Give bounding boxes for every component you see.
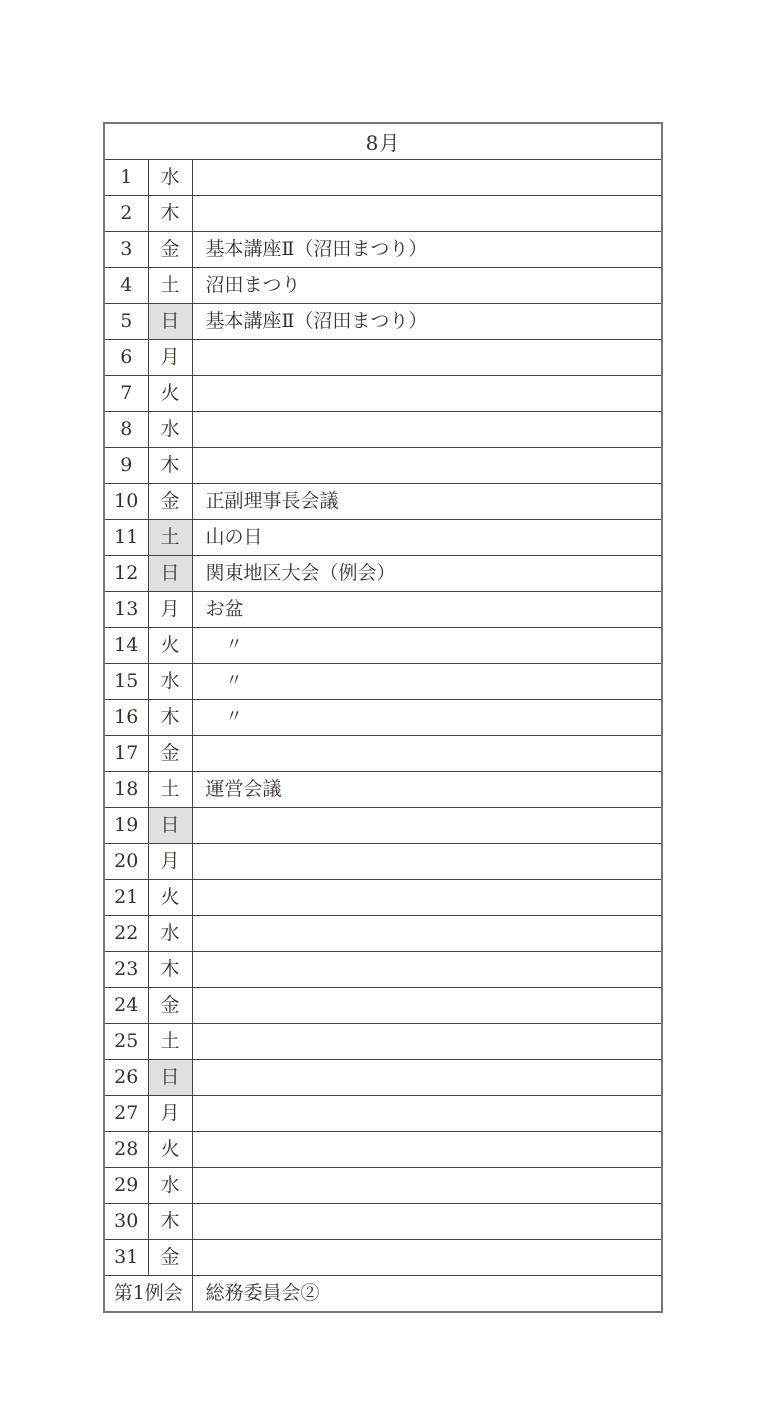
day-number: 2 (104, 196, 148, 232)
day-of-week: 月 (148, 844, 192, 880)
calendar-day-row: 15 水 〃 (104, 664, 662, 700)
day-of-week: 土 (148, 772, 192, 808)
day-event (192, 448, 662, 484)
day-number: 12 (104, 556, 148, 592)
day-event (192, 880, 662, 916)
calendar-day-row: 9 木 (104, 448, 662, 484)
day-event: お盆 (192, 592, 662, 628)
day-of-week: 木 (148, 700, 192, 736)
regular-meeting-label: 第1例会 (104, 1276, 192, 1313)
day-of-week: 木 (148, 196, 192, 232)
day-of-week: 金 (148, 484, 192, 520)
day-of-week: 水 (148, 664, 192, 700)
day-of-week: 日 (148, 556, 192, 592)
calendar-day-row: 29 水 (104, 1168, 662, 1204)
calendar-day-row: 16 木 〃 (104, 700, 662, 736)
day-of-week: 水 (148, 160, 192, 196)
calendar-table: 8月 1 水 2 木 3 金 基本講座Ⅱ（沼田まつり） 4 土 沼田まつり 5 … (103, 122, 663, 1313)
day-of-week: 日 (148, 1060, 192, 1096)
day-of-week: 金 (148, 1240, 192, 1276)
day-of-week: 土 (148, 268, 192, 304)
day-of-week: 水 (148, 1168, 192, 1204)
day-event (192, 1204, 662, 1240)
day-number: 9 (104, 448, 148, 484)
day-of-week: 日 (148, 808, 192, 844)
day-event (192, 160, 662, 196)
day-event (192, 412, 662, 448)
calendar-day-row: 11 土 山の日 (104, 520, 662, 556)
day-event (192, 376, 662, 412)
day-of-week: 月 (148, 1096, 192, 1132)
calendar-day-row: 5 日 基本講座Ⅱ（沼田まつり） (104, 304, 662, 340)
calendar-day-row: 4 土 沼田まつり (104, 268, 662, 304)
calendar-day-row: 27 月 (104, 1096, 662, 1132)
day-number: 14 (104, 628, 148, 664)
day-of-week: 水 (148, 412, 192, 448)
day-number: 20 (104, 844, 148, 880)
calendar-day-row: 7 火 (104, 376, 662, 412)
day-of-week: 火 (148, 880, 192, 916)
day-event (192, 1096, 662, 1132)
calendar-day-row: 19 日 (104, 808, 662, 844)
calendar-day-row: 23 木 (104, 952, 662, 988)
calendar-day-row: 31 金 (104, 1240, 662, 1276)
day-of-week: 木 (148, 952, 192, 988)
day-event (192, 988, 662, 1024)
day-number: 7 (104, 376, 148, 412)
day-event: 沼田まつり (192, 268, 662, 304)
calendar-day-row: 10 金 正副理事長会議 (104, 484, 662, 520)
day-event (192, 340, 662, 376)
day-event: 基本講座Ⅱ（沼田まつり） (192, 232, 662, 268)
day-of-week: 土 (148, 520, 192, 556)
day-number: 4 (104, 268, 148, 304)
calendar-day-row: 14 火 〃 (104, 628, 662, 664)
calendar-day-row: 17 金 (104, 736, 662, 772)
day-of-week: 火 (148, 628, 192, 664)
day-number: 3 (104, 232, 148, 268)
day-number: 5 (104, 304, 148, 340)
day-of-week: 水 (148, 916, 192, 952)
day-number: 26 (104, 1060, 148, 1096)
day-of-week: 金 (148, 988, 192, 1024)
calendar-day-row: 22 水 (104, 916, 662, 952)
calendar-day-row: 6 月 (104, 340, 662, 376)
day-number: 30 (104, 1204, 148, 1240)
footer-row: 第1例会 総務委員会② (104, 1276, 662, 1313)
month-header-row: 8月 (104, 123, 662, 160)
day-number: 23 (104, 952, 148, 988)
day-event (192, 1060, 662, 1096)
day-number: 1 (104, 160, 148, 196)
calendar-day-row: 30 木 (104, 1204, 662, 1240)
day-event: 〃 (192, 628, 662, 664)
day-of-week: 木 (148, 1204, 192, 1240)
day-of-week: 木 (148, 448, 192, 484)
day-number: 15 (104, 664, 148, 700)
day-event (192, 844, 662, 880)
day-event (192, 1024, 662, 1060)
day-number: 25 (104, 1024, 148, 1060)
day-of-week: 月 (148, 592, 192, 628)
day-number: 28 (104, 1132, 148, 1168)
calendar-day-row: 1 水 (104, 160, 662, 196)
day-of-week: 金 (148, 736, 192, 772)
day-event (192, 808, 662, 844)
day-number: 8 (104, 412, 148, 448)
calendar-day-row: 8 水 (104, 412, 662, 448)
day-event: 〃 (192, 700, 662, 736)
day-event (192, 736, 662, 772)
day-of-week: 金 (148, 232, 192, 268)
day-of-week: 月 (148, 340, 192, 376)
calendar-day-row: 12 日 関東地区大会（例会） (104, 556, 662, 592)
day-event: 〃 (192, 664, 662, 700)
day-number: 22 (104, 916, 148, 952)
day-number: 13 (104, 592, 148, 628)
calendar-day-row: 24 金 (104, 988, 662, 1024)
day-of-week: 日 (148, 304, 192, 340)
day-event (192, 952, 662, 988)
calendar-day-row: 28 火 (104, 1132, 662, 1168)
day-event: 基本講座Ⅱ（沼田まつり） (192, 304, 662, 340)
regular-meeting-event: 総務委員会② (192, 1276, 662, 1313)
day-number: 16 (104, 700, 148, 736)
day-number: 31 (104, 1240, 148, 1276)
day-event: 運営会議 (192, 772, 662, 808)
month-title: 8月 (104, 123, 662, 160)
day-event (192, 1132, 662, 1168)
day-number: 10 (104, 484, 148, 520)
day-event (192, 1168, 662, 1204)
day-event: 関東地区大会（例会） (192, 556, 662, 592)
calendar-day-row: 2 木 (104, 196, 662, 232)
day-number: 27 (104, 1096, 148, 1132)
day-number: 6 (104, 340, 148, 376)
day-event: 山の日 (192, 520, 662, 556)
calendar-day-row: 13 月 お盆 (104, 592, 662, 628)
day-event: 正副理事長会議 (192, 484, 662, 520)
monthly-schedule: 8月 1 水 2 木 3 金 基本講座Ⅱ（沼田まつり） 4 土 沼田まつり 5 … (103, 122, 663, 1313)
day-event (192, 1240, 662, 1276)
calendar-day-row: 21 火 (104, 880, 662, 916)
day-number: 19 (104, 808, 148, 844)
day-number: 11 (104, 520, 148, 556)
calendar-day-row: 25 土 (104, 1024, 662, 1060)
day-of-week: 火 (148, 1132, 192, 1168)
document-page: 8月 1 水 2 木 3 金 基本講座Ⅱ（沼田まつり） 4 土 沼田まつり 5 … (0, 0, 765, 1428)
calendar-day-row: 20 月 (104, 844, 662, 880)
day-of-week: 土 (148, 1024, 192, 1060)
calendar-day-row: 26 日 (104, 1060, 662, 1096)
day-event (192, 916, 662, 952)
day-event (192, 196, 662, 232)
calendar-day-row: 18 土 運営会議 (104, 772, 662, 808)
day-of-week: 火 (148, 376, 192, 412)
day-number: 21 (104, 880, 148, 916)
day-number: 18 (104, 772, 148, 808)
calendar-day-row: 3 金 基本講座Ⅱ（沼田まつり） (104, 232, 662, 268)
day-number: 29 (104, 1168, 148, 1204)
day-number: 17 (104, 736, 148, 772)
day-number: 24 (104, 988, 148, 1024)
